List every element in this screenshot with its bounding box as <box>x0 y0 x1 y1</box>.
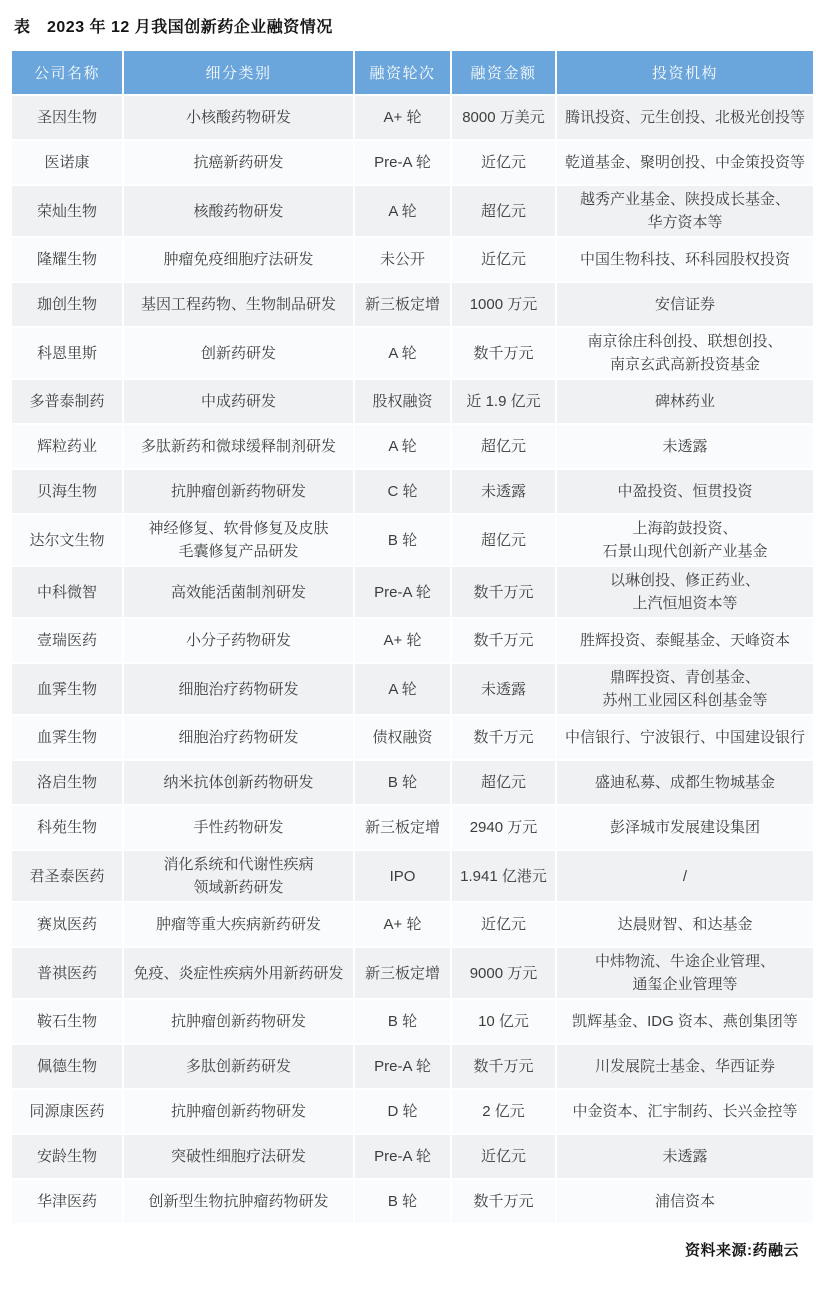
category-cell: 纳米抗体创新药物研发 <box>122 761 353 804</box>
table-row: 鞍石生物抗肿瘤创新药物研发B 轮10 亿元凯辉基金、IDG 资本、燕创集团等 <box>12 998 813 1043</box>
investors-cell: / <box>555 851 813 901</box>
amount-cell: 近亿元 <box>450 1135 555 1178</box>
amount-cell: 8000 万美元 <box>450 96 555 139</box>
table-body: 圣因生物小核酸药物研发A+ 轮8000 万美元腾讯投资、元生创投、北极光创投等医… <box>12 94 813 1223</box>
category-cell: 创新药研发 <box>122 328 353 378</box>
investors-cell: 鼎晖投资、青创基金、 苏州工业园区科创基金等 <box>555 664 813 714</box>
company-cell: 华津医药 <box>12 1180 122 1223</box>
data-source: 资料来源:药融云 <box>12 1239 799 1260</box>
investors-cell: 腾讯投资、元生创投、北极光创投等 <box>555 96 813 139</box>
company-cell: 壹瑞医药 <box>12 619 122 662</box>
category-cell: 抗肿瘤创新药物研发 <box>122 470 353 513</box>
header-investors: 投资机构 <box>555 51 813 94</box>
table-row: 荣灿生物核酸药物研发A 轮超亿元越秀产业基金、陕投成长基金、 华方资本等 <box>12 184 813 236</box>
category-cell: 核酸药物研发 <box>122 186 353 236</box>
financing-table-figure: 表 2023 年 12 月我国创新药企业融资情况 公司名称细分类别融资轮次融资金… <box>0 0 825 1310</box>
table-row: 医诺康抗癌新药研发Pre-A 轮近亿元乾道基金、聚明创投、中金策投资等 <box>12 139 813 184</box>
company-cell: 科苑生物 <box>12 806 122 849</box>
company-cell: 辉粒药业 <box>12 425 122 468</box>
table-row: 多普泰制药中成药研发股权融资近 1.9 亿元碑林药业 <box>12 378 813 423</box>
amount-cell: 近 1.9 亿元 <box>450 380 555 423</box>
investors-cell: 安信证券 <box>555 283 813 326</box>
round-cell: A 轮 <box>353 664 450 714</box>
table-row: 安龄生物突破性细胞疗法研发Pre-A 轮近亿元未透露 <box>12 1133 813 1178</box>
amount-cell: 9000 万元 <box>450 948 555 998</box>
table-row: 普祺医药免疫、炎症性疾病外用新药研发新三板定增9000 万元中炜物流、牛途企业管… <box>12 946 813 998</box>
investors-cell: 凯辉基金、IDG 资本、燕创集团等 <box>555 1000 813 1043</box>
category-cell: 细胞治疗药物研发 <box>122 664 353 714</box>
company-cell: 君圣泰医药 <box>12 851 122 901</box>
table-row: 君圣泰医药消化系统和代谢性疾病 领域新药研发IPO1.941 亿港元/ <box>12 849 813 901</box>
amount-cell: 10 亿元 <box>450 1000 555 1043</box>
investors-cell: 以琳创投、修正药业、 上汽恒旭资本等 <box>555 567 813 617</box>
category-cell: 手性药物研发 <box>122 806 353 849</box>
category-cell: 肿瘤等重大疾病新药研发 <box>122 903 353 946</box>
investors-cell: 上海韵鼓投资、 石景山现代创新产业基金 <box>555 515 813 565</box>
company-cell: 贝海生物 <box>12 470 122 513</box>
company-cell: 鞍石生物 <box>12 1000 122 1043</box>
amount-cell: 数千万元 <box>450 328 555 378</box>
company-cell: 洛启生物 <box>12 761 122 804</box>
financing-table: 公司名称细分类别融资轮次融资金额投资机构 圣因生物小核酸药物研发A+ 轮8000… <box>12 51 813 1223</box>
category-cell: 免疫、炎症性疾病外用新药研发 <box>122 948 353 998</box>
company-cell: 隆耀生物 <box>12 238 122 281</box>
table-row: 达尔文生物神经修复、软骨修复及皮肤 毛囊修复产品研发B 轮超亿元上海韵鼓投资、 … <box>12 513 813 565</box>
company-cell: 达尔文生物 <box>12 515 122 565</box>
company-cell: 普祺医药 <box>12 948 122 998</box>
investors-cell: 胜辉投资、泰鲲基金、天峰资本 <box>555 619 813 662</box>
table-row: 辉粒药业多肽新药和微球缓释制剂研发A 轮超亿元未透露 <box>12 423 813 468</box>
round-cell: C 轮 <box>353 470 450 513</box>
amount-cell: 数千万元 <box>450 1045 555 1088</box>
investors-cell: 乾道基金、聚明创投、中金策投资等 <box>555 141 813 184</box>
table-row: 洛启生物纳米抗体创新药物研发B 轮超亿元盛迪私募、成都生物城基金 <box>12 759 813 804</box>
round-cell: 新三板定增 <box>353 948 450 998</box>
amount-cell: 近亿元 <box>450 238 555 281</box>
amount-cell: 数千万元 <box>450 567 555 617</box>
investors-cell: 浦信资本 <box>555 1180 813 1223</box>
category-cell: 基因工程药物、生物制品研发 <box>122 283 353 326</box>
table-row: 珈创生物基因工程药物、生物制品研发新三板定增1000 万元安信证券 <box>12 281 813 326</box>
amount-cell: 未透露 <box>450 470 555 513</box>
table-row: 同源康医药抗肿瘤创新药物研发D 轮2 亿元中金资本、汇宇制药、长兴金控等 <box>12 1088 813 1133</box>
company-cell: 佩德生物 <box>12 1045 122 1088</box>
table-row: 隆耀生物肿瘤免疫细胞疗法研发未公开近亿元中国生物科技、环科园股权投资 <box>12 236 813 281</box>
investors-cell: 达晨财智、和达基金 <box>555 903 813 946</box>
investors-cell: 越秀产业基金、陕投成长基金、 华方资本等 <box>555 186 813 236</box>
company-cell: 血霁生物 <box>12 664 122 714</box>
amount-cell: 超亿元 <box>450 515 555 565</box>
round-cell: A+ 轮 <box>353 619 450 662</box>
investors-cell: 未透露 <box>555 425 813 468</box>
investors-cell: 中盈投资、恒贯投资 <box>555 470 813 513</box>
company-cell: 医诺康 <box>12 141 122 184</box>
amount-cell: 1000 万元 <box>450 283 555 326</box>
figure-title: 表 2023 年 12 月我国创新药企业融资情况 <box>14 0 813 37</box>
category-cell: 消化系统和代谢性疾病 领域新药研发 <box>122 851 353 901</box>
company-cell: 多普泰制药 <box>12 380 122 423</box>
round-cell: 新三板定增 <box>353 806 450 849</box>
category-cell: 突破性细胞疗法研发 <box>122 1135 353 1178</box>
table-row: 科苑生物手性药物研发新三板定增2940 万元彭泽城市发展建设集团 <box>12 804 813 849</box>
company-cell: 科恩里斯 <box>12 328 122 378</box>
round-cell: A 轮 <box>353 186 450 236</box>
company-cell: 赛岚医药 <box>12 903 122 946</box>
round-cell: 新三板定增 <box>353 283 450 326</box>
round-cell: Pre-A 轮 <box>353 141 450 184</box>
category-cell: 抗癌新药研发 <box>122 141 353 184</box>
amount-cell: 近亿元 <box>450 903 555 946</box>
table-row: 赛岚医药肿瘤等重大疾病新药研发A+ 轮近亿元达晨财智、和达基金 <box>12 901 813 946</box>
table-row: 佩德生物多肽创新药研发Pre-A 轮数千万元川发展院士基金、华西证券 <box>12 1043 813 1088</box>
amount-cell: 数千万元 <box>450 716 555 759</box>
round-cell: D 轮 <box>353 1090 450 1133</box>
content-wrap: 表 2023 年 12 月我国创新药企业融资情况 公司名称细分类别融资轮次融资金… <box>0 0 825 1260</box>
category-cell: 高效能活菌制剂研发 <box>122 567 353 617</box>
round-cell: 债权融资 <box>353 716 450 759</box>
category-cell: 细胞治疗药物研发 <box>122 716 353 759</box>
amount-cell: 1.941 亿港元 <box>450 851 555 901</box>
investors-cell: 中国生物科技、环科园股权投资 <box>555 238 813 281</box>
round-cell: IPO <box>353 851 450 901</box>
investors-cell: 彭泽城市发展建设集团 <box>555 806 813 849</box>
category-cell: 多肽创新药研发 <box>122 1045 353 1088</box>
category-cell: 抗肿瘤创新药物研发 <box>122 1000 353 1043</box>
investors-cell: 中信银行、宁波银行、中国建设银行 <box>555 716 813 759</box>
company-cell: 安龄生物 <box>12 1135 122 1178</box>
category-cell: 多肽新药和微球缓释制剂研发 <box>122 425 353 468</box>
round-cell: B 轮 <box>353 1000 450 1043</box>
table-row: 科恩里斯创新药研发A 轮数千万元南京徐庄科创投、联想创投、 南京玄武高新投资基金 <box>12 326 813 378</box>
investors-cell: 盛迪私募、成都生物城基金 <box>555 761 813 804</box>
header-company: 公司名称 <box>12 51 122 94</box>
category-cell: 抗肿瘤创新药物研发 <box>122 1090 353 1133</box>
header-amount: 融资金额 <box>450 51 555 94</box>
round-cell: 股权融资 <box>353 380 450 423</box>
table-row: 血霁生物细胞治疗药物研发债权融资数千万元中信银行、宁波银行、中国建设银行 <box>12 714 813 759</box>
investors-cell: 中金资本、汇宇制药、长兴金控等 <box>555 1090 813 1133</box>
table-row: 贝海生物抗肿瘤创新药物研发C 轮未透露中盈投资、恒贯投资 <box>12 468 813 513</box>
round-cell: B 轮 <box>353 761 450 804</box>
table-row: 圣因生物小核酸药物研发A+ 轮8000 万美元腾讯投资、元生创投、北极光创投等 <box>12 94 813 139</box>
category-cell: 肿瘤免疫细胞疗法研发 <box>122 238 353 281</box>
header-category: 细分类别 <box>122 51 353 94</box>
company-cell: 同源康医药 <box>12 1090 122 1133</box>
table-row: 血霁生物细胞治疗药物研发A 轮未透露鼎晖投资、青创基金、 苏州工业园区科创基金等 <box>12 662 813 714</box>
header-round: 融资轮次 <box>353 51 450 94</box>
table-header-row: 公司名称细分类别融资轮次融资金额投资机构 <box>12 51 813 94</box>
round-cell: 未公开 <box>353 238 450 281</box>
category-cell: 中成药研发 <box>122 380 353 423</box>
round-cell: Pre-A 轮 <box>353 567 450 617</box>
amount-cell: 2940 万元 <box>450 806 555 849</box>
round-cell: Pre-A 轮 <box>353 1135 450 1178</box>
category-cell: 创新型生物抗肿瘤药物研发 <box>122 1180 353 1223</box>
table-row: 华津医药创新型生物抗肿瘤药物研发B 轮数千万元浦信资本 <box>12 1178 813 1223</box>
table-row: 中科微智高效能活菌制剂研发Pre-A 轮数千万元以琳创投、修正药业、 上汽恒旭资… <box>12 565 813 617</box>
company-cell: 荣灿生物 <box>12 186 122 236</box>
company-cell: 血霁生物 <box>12 716 122 759</box>
amount-cell: 超亿元 <box>450 425 555 468</box>
investors-cell: 未透露 <box>555 1135 813 1178</box>
amount-cell: 超亿元 <box>450 186 555 236</box>
category-cell: 小核酸药物研发 <box>122 96 353 139</box>
round-cell: A 轮 <box>353 328 450 378</box>
round-cell: A+ 轮 <box>353 903 450 946</box>
amount-cell: 数千万元 <box>450 1180 555 1223</box>
category-cell: 小分子药物研发 <box>122 619 353 662</box>
company-cell: 中科微智 <box>12 567 122 617</box>
round-cell: A 轮 <box>353 425 450 468</box>
amount-cell: 近亿元 <box>450 141 555 184</box>
amount-cell: 数千万元 <box>450 619 555 662</box>
investors-cell: 中炜物流、牛途企业管理、 通玺企业管理等 <box>555 948 813 998</box>
round-cell: B 轮 <box>353 1180 450 1223</box>
round-cell: A+ 轮 <box>353 96 450 139</box>
round-cell: Pre-A 轮 <box>353 1045 450 1088</box>
category-cell: 神经修复、软骨修复及皮肤 毛囊修复产品研发 <box>122 515 353 565</box>
amount-cell: 超亿元 <box>450 761 555 804</box>
round-cell: B 轮 <box>353 515 450 565</box>
amount-cell: 未透露 <box>450 664 555 714</box>
investors-cell: 碑林药业 <box>555 380 813 423</box>
amount-cell: 2 亿元 <box>450 1090 555 1133</box>
investors-cell: 川发展院士基金、华西证券 <box>555 1045 813 1088</box>
company-cell: 珈创生物 <box>12 283 122 326</box>
company-cell: 圣因生物 <box>12 96 122 139</box>
investors-cell: 南京徐庄科创投、联想创投、 南京玄武高新投资基金 <box>555 328 813 378</box>
table-row: 壹瑞医药小分子药物研发A+ 轮数千万元胜辉投资、泰鲲基金、天峰资本 <box>12 617 813 662</box>
